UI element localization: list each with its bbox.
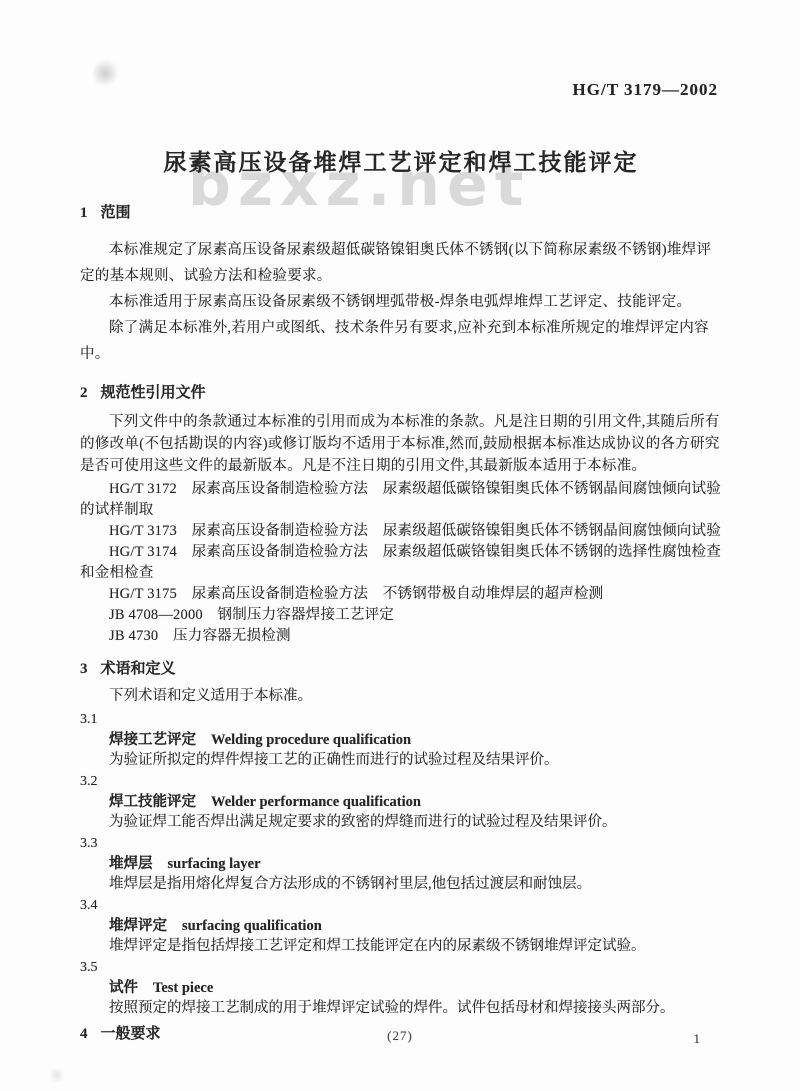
paragraph: 本标准适用于尿素高压设备尿素级不锈钢埋弧带极-焊条电弧焊堆焊工艺评定、技能评定。 xyxy=(80,289,722,315)
standard-code: HG/T 3179—2002 xyxy=(80,80,722,100)
term-number: 3.2 xyxy=(80,772,722,792)
term-definition: 堆焊层是指用熔化焊复合方法形成的不锈钢衬里层,他包括过渡层和耐蚀层。 xyxy=(80,874,722,894)
section-number: 1 xyxy=(80,205,88,221)
section-1-heading: 1范围 xyxy=(80,203,722,223)
term-en: Welding procedure qualification xyxy=(211,732,411,748)
page-footer-folio: (27) xyxy=(0,1028,800,1044)
term-block: 3.3 堆焊层surfacing layer 堆焊层是指用熔化焊复合方法形成的不… xyxy=(80,834,722,894)
section-2-heading: 2规范性引用文件 xyxy=(80,383,722,403)
paragraph: 下列术语和定义适用于本标准。 xyxy=(80,685,722,708)
scan-artifact xyxy=(48,1068,66,1082)
term-zh: 堆焊层 xyxy=(109,856,153,872)
term-definition: 为验证所拟定的焊件焊接工艺的正确性而进行的试验过程及结果评价。 xyxy=(80,750,722,770)
term-title: 试件Test piece xyxy=(80,978,722,998)
page-number: 1 xyxy=(694,1031,701,1047)
page-content: HG/T 3179—2002 尿素高压设备堆焊工艺评定和焊工技能评定 1范围 本… xyxy=(0,80,800,1044)
term-block: 3.5 试件Test piece 按照预定的焊接工艺制成的用于堆焊评定试验的焊件… xyxy=(80,958,722,1018)
term-title: 焊接工艺评定Welding procedure qualification xyxy=(80,730,722,750)
term-block: 3.2 焊工技能评定Welder performance qualificati… xyxy=(80,772,722,832)
term-definition: 为验证焊工能否焊出满足规定要求的致密的焊缝而进行的试验过程及结果评价。 xyxy=(80,812,722,832)
reference-item: HG/T 3175 尿素高压设备制造检验方法 不锈钢带极自动堆焊层的超声检测 xyxy=(80,584,722,605)
document-page: bzxz.net HG/T 3179—2002 尿素高压设备堆焊工艺评定和焊工技… xyxy=(0,0,800,1091)
paragraph: 除了满足本标准外,若用户或图纸、技术条件另有要求,应补充到本标准所规定的堆焊评定… xyxy=(80,315,722,367)
section-number: 2 xyxy=(80,385,88,401)
term-zh: 焊接工艺评定 xyxy=(109,732,196,748)
term-en: Welder performance qualification xyxy=(211,794,421,810)
term-title: 堆焊层surfacing layer xyxy=(80,854,722,874)
term-number: 3.1 xyxy=(80,710,722,730)
term-title: 堆焊评定surfacing qualification xyxy=(80,916,722,936)
reference-item: HG/T 3174 尿素高压设备制造检验方法 尿素级超低碳铬镍钼奥氏体不锈钢的选… xyxy=(80,542,722,584)
section-title: 范围 xyxy=(101,205,131,221)
reference-item: JB 4708—2000 钢制压力容器焊接工艺评定 xyxy=(80,605,722,626)
term-en: surfacing layer xyxy=(168,856,261,872)
section-3-heading: 3术语和定义 xyxy=(80,659,722,679)
term-block: 3.1 焊接工艺评定Welding procedure qualificatio… xyxy=(80,710,722,770)
term-definition: 按照预定的焊接工艺制成的用于堆焊评定试验的焊件。试件包括母材和焊接接头两部分。 xyxy=(80,998,722,1018)
reference-item: JB 4730 压力容器无损检测 xyxy=(80,626,722,647)
reference-item: HG/T 3173 尿素高压设备制造检验方法 尿素级超低碳铬镍钼奥氏体不锈钢晶间… xyxy=(80,521,722,542)
section-number: 3 xyxy=(80,661,88,677)
document-title: 尿素高压设备堆焊工艺评定和焊工技能评定 xyxy=(80,144,722,177)
term-en: Test piece xyxy=(153,980,213,996)
reference-item: HG/T 3172 尿素高压设备制造检验方法 尿素级超低碳铬镍钼奥氏体不锈钢晶间… xyxy=(80,479,722,521)
section-title: 规范性引用文件 xyxy=(101,385,206,401)
term-number: 3.4 xyxy=(80,896,722,916)
term-number: 3.3 xyxy=(80,834,722,854)
paragraph: 下列文件中的条款通过本标准的引用而成为本标准的条款。凡是注日期的引用文件,其随后… xyxy=(80,411,722,477)
term-block: 3.4 堆焊评定surfacing qualification 堆焊评定是指包括… xyxy=(80,896,722,956)
term-zh: 堆焊评定 xyxy=(109,918,167,934)
term-number: 3.5 xyxy=(80,958,722,978)
term-zh: 焊工技能评定 xyxy=(109,794,196,810)
reference-list: HG/T 3172 尿素高压设备制造检验方法 尿素级超低碳铬镍钼奥氏体不锈钢晶间… xyxy=(80,479,722,647)
term-title: 焊工技能评定Welder performance qualification xyxy=(80,792,722,812)
section-title: 术语和定义 xyxy=(101,661,176,677)
term-zh: 试件 xyxy=(109,980,138,996)
paragraph: 本标准规定了尿素高压设备尿素级超低碳铬镍钼奥氏体不锈钢(以下简称尿素级不锈钢)堆… xyxy=(80,237,722,289)
term-en: surfacing qualification xyxy=(182,918,322,934)
term-definition: 堆焊评定是指包括焊接工艺评定和焊工技能评定在内的尿素级不锈钢堆焊评定试验。 xyxy=(80,936,722,956)
